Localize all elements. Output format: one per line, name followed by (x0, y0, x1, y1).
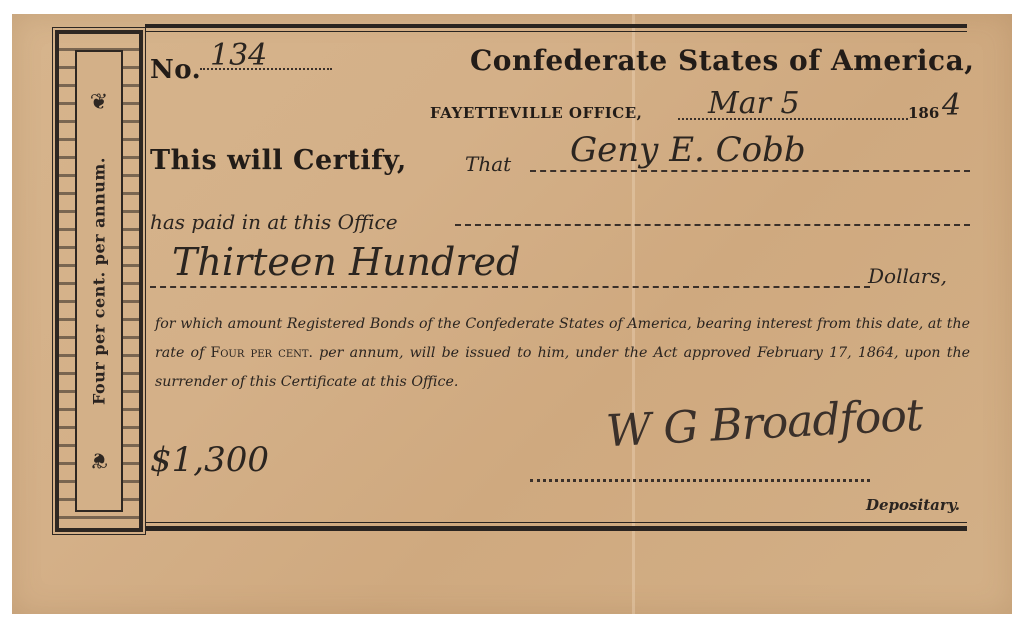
year-handwritten: 4 (942, 88, 961, 123)
year-printed: 186 (908, 104, 939, 122)
bottom-rule-thin (145, 522, 967, 523)
floral-ornament-icon: ❦ (90, 448, 108, 470)
that-label: That (465, 152, 511, 176)
depositary-label: Depositary. (866, 496, 960, 514)
certify-heading: This will Certify, (150, 145, 407, 176)
payee-name-handwritten: Geny E. Cobb (530, 130, 970, 172)
top-rule-thick (145, 24, 967, 28)
side-panel-inner: ❦ Four per cent. per annum. ❦ (75, 50, 123, 512)
dollars-label: Dollars, (868, 264, 947, 288)
interest-rate-vertical-text: Four per cent. per annum. (90, 157, 109, 405)
office-label: FAYETTEVILLE OFFICE, (430, 104, 642, 122)
ornamental-side-border: ❦ Four per cent. per annum. ❦ (55, 30, 143, 532)
document-title: Confederate States of America, (470, 44, 974, 77)
paid-label: has paid in at this Office (150, 210, 398, 234)
signature-dotted-line (530, 479, 870, 482)
bottom-rule-thick (145, 526, 967, 531)
paid-dashed-line (455, 224, 970, 226)
top-rule-thin (145, 31, 967, 32)
certificate-body-text: for which amount Registered Bonds of the… (155, 310, 970, 397)
issue-date-handwritten: Mar 5 (678, 86, 908, 120)
amount-figure-handwritten: $1,300 (150, 440, 269, 480)
certificate-number-value: 134 (200, 38, 332, 70)
interest-rate-text: Four per cent. (211, 345, 314, 361)
floral-ornament-icon: ❦ (90, 92, 108, 114)
certificate-number-label: No. (150, 55, 201, 85)
amount-in-words-handwritten: Thirteen Hundred (150, 240, 870, 288)
